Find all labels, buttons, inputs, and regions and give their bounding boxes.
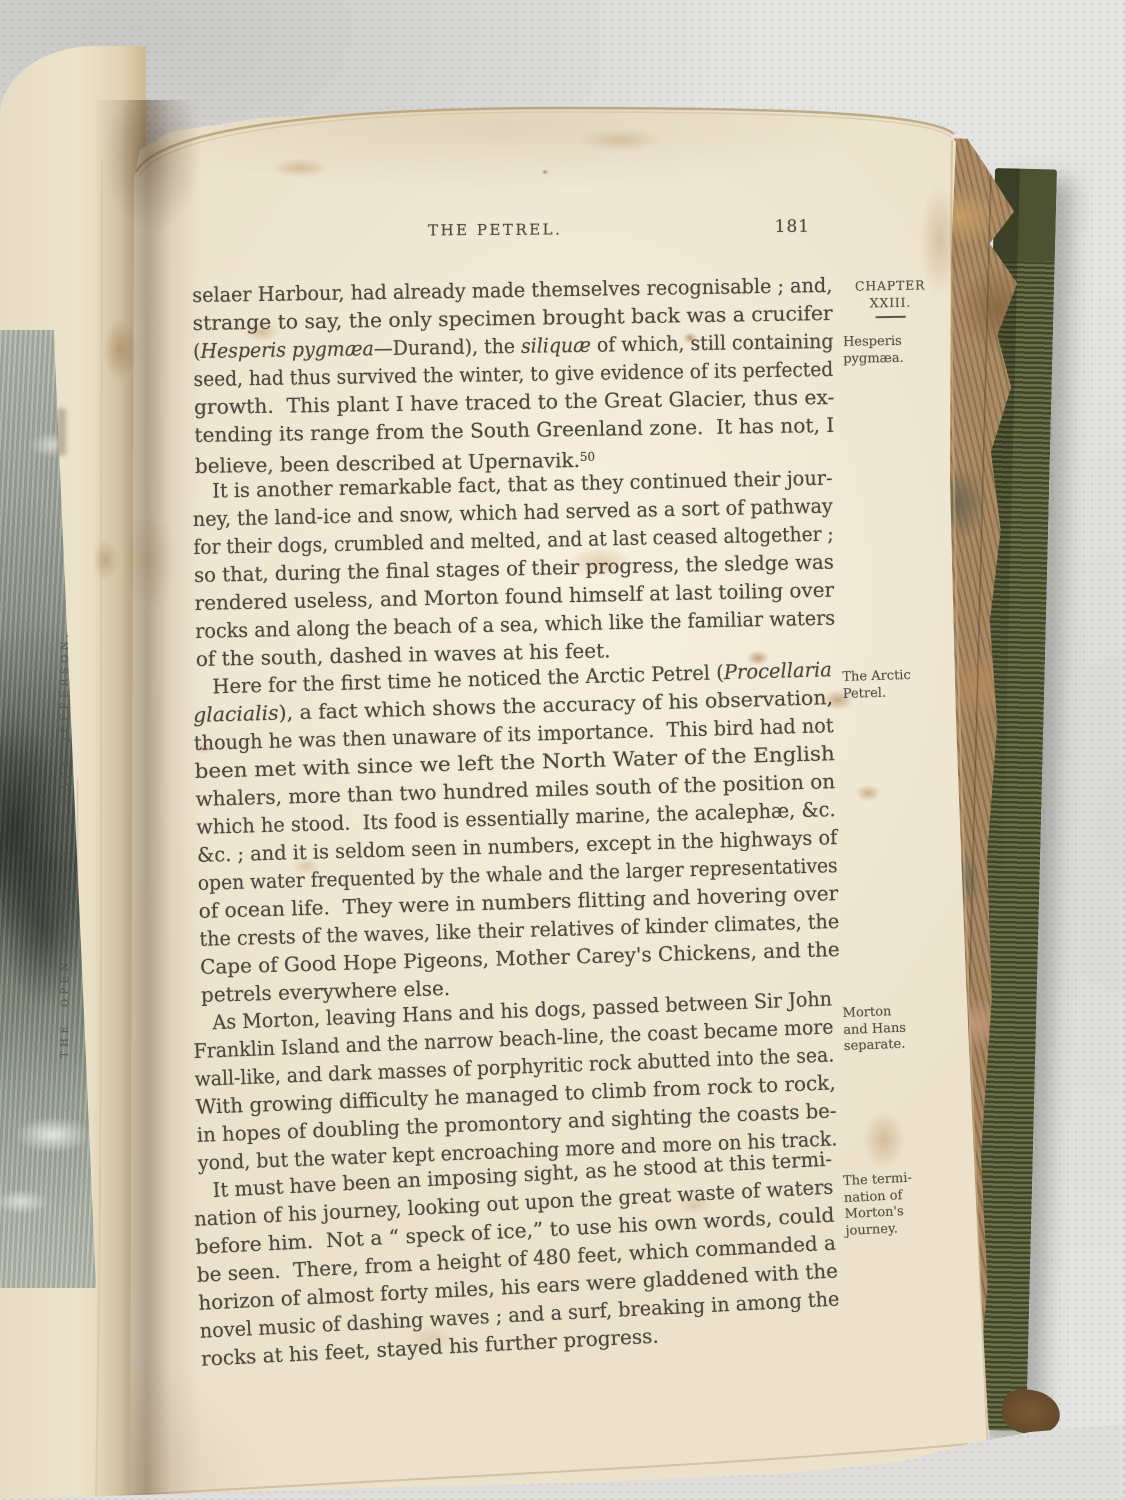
running-head: THE PETREL. bbox=[428, 220, 562, 239]
paragraph: Here for the first time he noticed the A… bbox=[192, 655, 841, 1009]
margin-note: CHAPTERXXIII. bbox=[842, 277, 939, 319]
margin-note-rule bbox=[876, 316, 906, 318]
margin-note: The ArcticPetrel. bbox=[842, 667, 961, 703]
margin-note: Hesperispygmæa. bbox=[843, 333, 962, 368]
paragraph: It must have been an imposing sight, as … bbox=[192, 1145, 841, 1373]
book-photo: THE OPEN WATER FROM CAPE JEFFERSON. THE … bbox=[0, 0, 1125, 1500]
paragraph: It is another remarkable fact, that as t… bbox=[192, 464, 836, 673]
page-number: 181 bbox=[775, 217, 811, 237]
running-head-row: THE PETREL. 181 bbox=[192, 219, 832, 247]
paragraph: selaer Harbour, had already made themsel… bbox=[192, 271, 835, 477]
paragraph: As Morton, leaving Hans and his dogs, pa… bbox=[192, 984, 838, 1176]
margin-note: Mortonand Hansseparate. bbox=[842, 1002, 962, 1056]
margin-note: The termi-nation ofMorton'sjourney. bbox=[843, 1168, 964, 1240]
printed-content: THE PETREL. 181 selaer Harbour, had alre… bbox=[0, 0, 1125, 1500]
